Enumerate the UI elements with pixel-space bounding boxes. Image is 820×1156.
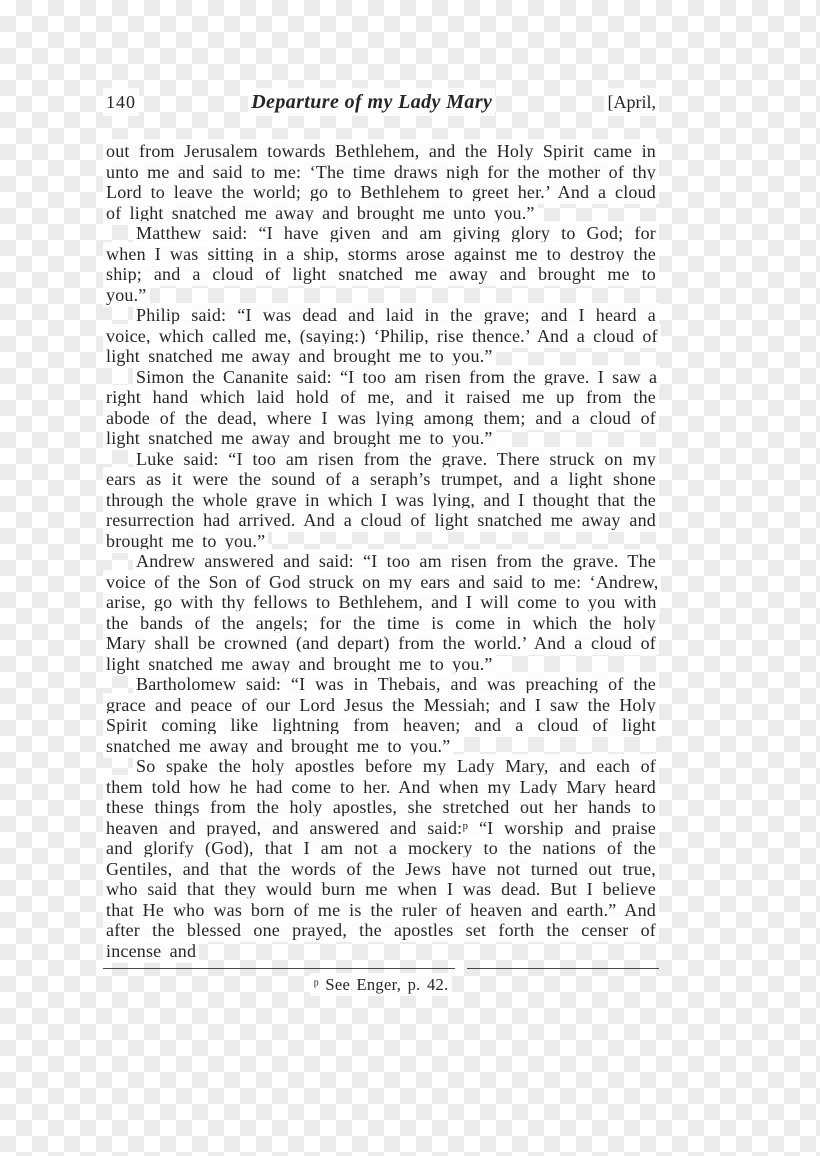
body-text: out from Jerusalem towards Bethlehem, an… bbox=[103, 141, 659, 961]
scanned-book-page: 140 Departure of my Lady Mary [April, ou… bbox=[103, 88, 659, 995]
issue-date: [April, bbox=[604, 88, 659, 116]
page-header: 140 Departure of my Lady Mary [April, bbox=[103, 88, 659, 116]
footnote-divider-right-segment bbox=[467, 968, 659, 969]
body-paragraph: Simon the Cananite said: “I too am risen… bbox=[103, 367, 659, 449]
body-paragraph: out from Jerusalem towards Bethlehem, an… bbox=[103, 141, 659, 223]
body-paragraph: Luke said: “I too am risen from the grav… bbox=[103, 449, 659, 552]
body-paragraph: Matthew said: “I have given and am givin… bbox=[103, 223, 659, 305]
running-title: Departure of my Lady Mary bbox=[248, 88, 495, 116]
footnote: ᵖ See Enger, p. 42. bbox=[103, 975, 659, 995]
footnote-divider-left-segment bbox=[103, 968, 455, 969]
page-number: 140 bbox=[103, 88, 139, 116]
footnote-text: ᵖ See Enger, p. 42. bbox=[310, 973, 451, 996]
footnote-divider bbox=[103, 968, 659, 969]
body-paragraph: Andrew answered and said: “I too am rise… bbox=[103, 551, 659, 674]
body-paragraph: Philip said: “I was dead and laid in the… bbox=[103, 305, 659, 367]
body-paragraph: Bartholomew said: “I was in Thebais, and… bbox=[103, 674, 659, 756]
transparency-checkerboard-background: 140 Departure of my Lady Mary [April, ou… bbox=[0, 0, 820, 1156]
body-paragraph: So spake the holy apostles before my Lad… bbox=[103, 756, 659, 961]
